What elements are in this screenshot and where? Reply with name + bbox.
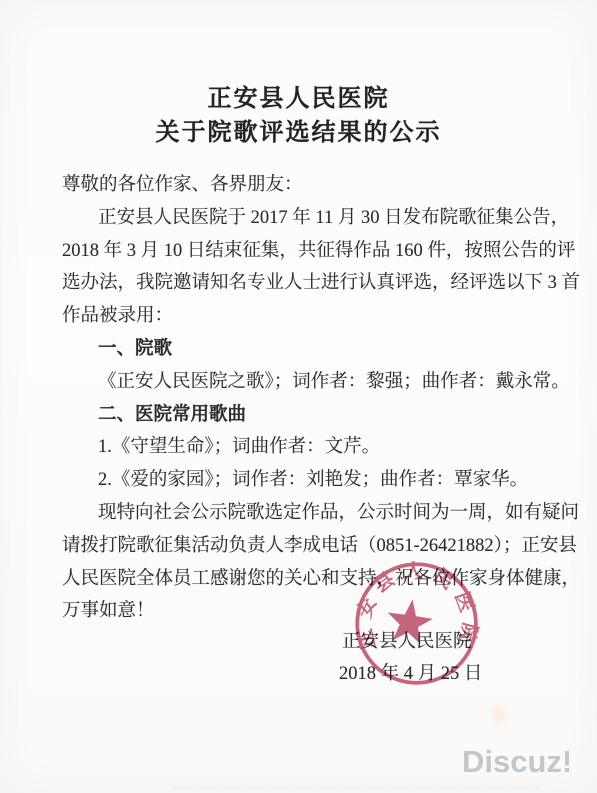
scanned-notice-page: 正安县人民医院 关于院歌评选结果的公示 尊敬的各位作家、各界朋友： 正安县人民医…	[0, 0, 597, 793]
body-line: 现特向社会公示院歌选定作品，公示时间为一周，如有疑问	[62, 497, 554, 530]
scan-smudge	[486, 698, 512, 732]
document-title: 正安县人民医院 关于院歌评选结果的公示	[0, 82, 597, 150]
section-heading-1: 一、院歌	[62, 333, 554, 366]
body-line: 请拨打院歌征集活动负责人李成电话（0851-26421882）；正安县	[62, 530, 554, 563]
body-line: 正安县人民医院于 2017 年 11 月 30 日发布院歌征集公告，	[62, 202, 554, 235]
body-line: 人民医院全体员工感谢您的关心和支持，祝各位作家身体健康，	[62, 563, 554, 596]
document-body: 尊敬的各位作家、各界朋友： 正安县人民医院于 2017 年 11 月 30 日发…	[62, 169, 554, 628]
body-line: 2018 年 3 月 10 日结束征集，共征得作品 160 件，按照公告的评	[62, 235, 554, 268]
scan-ghost-line	[172, 787, 540, 790]
star-icon	[384, 596, 435, 645]
list-item: 2.《爱的家园》；词作者：刘艳发；曲作者：覃家华。	[62, 464, 554, 497]
body-line: 选办法，我院邀请知名专业人士进行认真评选，经评选以下 3 首	[62, 267, 554, 300]
list-item: 1.《守望生命》；词曲作者：文芹。	[62, 431, 554, 464]
official-seal: 正安县人民医院	[348, 554, 486, 692]
body-line: 《正安人民医院之歌》；词作者：黎强；曲作者：戴永常。	[62, 366, 554, 399]
document-title-line2: 关于院歌评选结果的公示	[0, 116, 597, 150]
document-title-line1: 正安县人民医院	[0, 82, 597, 116]
salutation-line: 尊敬的各位作家、各界朋友：	[62, 169, 554, 202]
seal-ring-text: 正安县人民医院	[348, 555, 483, 661]
body-line: 作品被录用：	[62, 300, 554, 333]
discuz-watermark: Discuz!	[462, 744, 572, 780]
section-heading-2: 二、医院常用歌曲	[62, 399, 554, 432]
